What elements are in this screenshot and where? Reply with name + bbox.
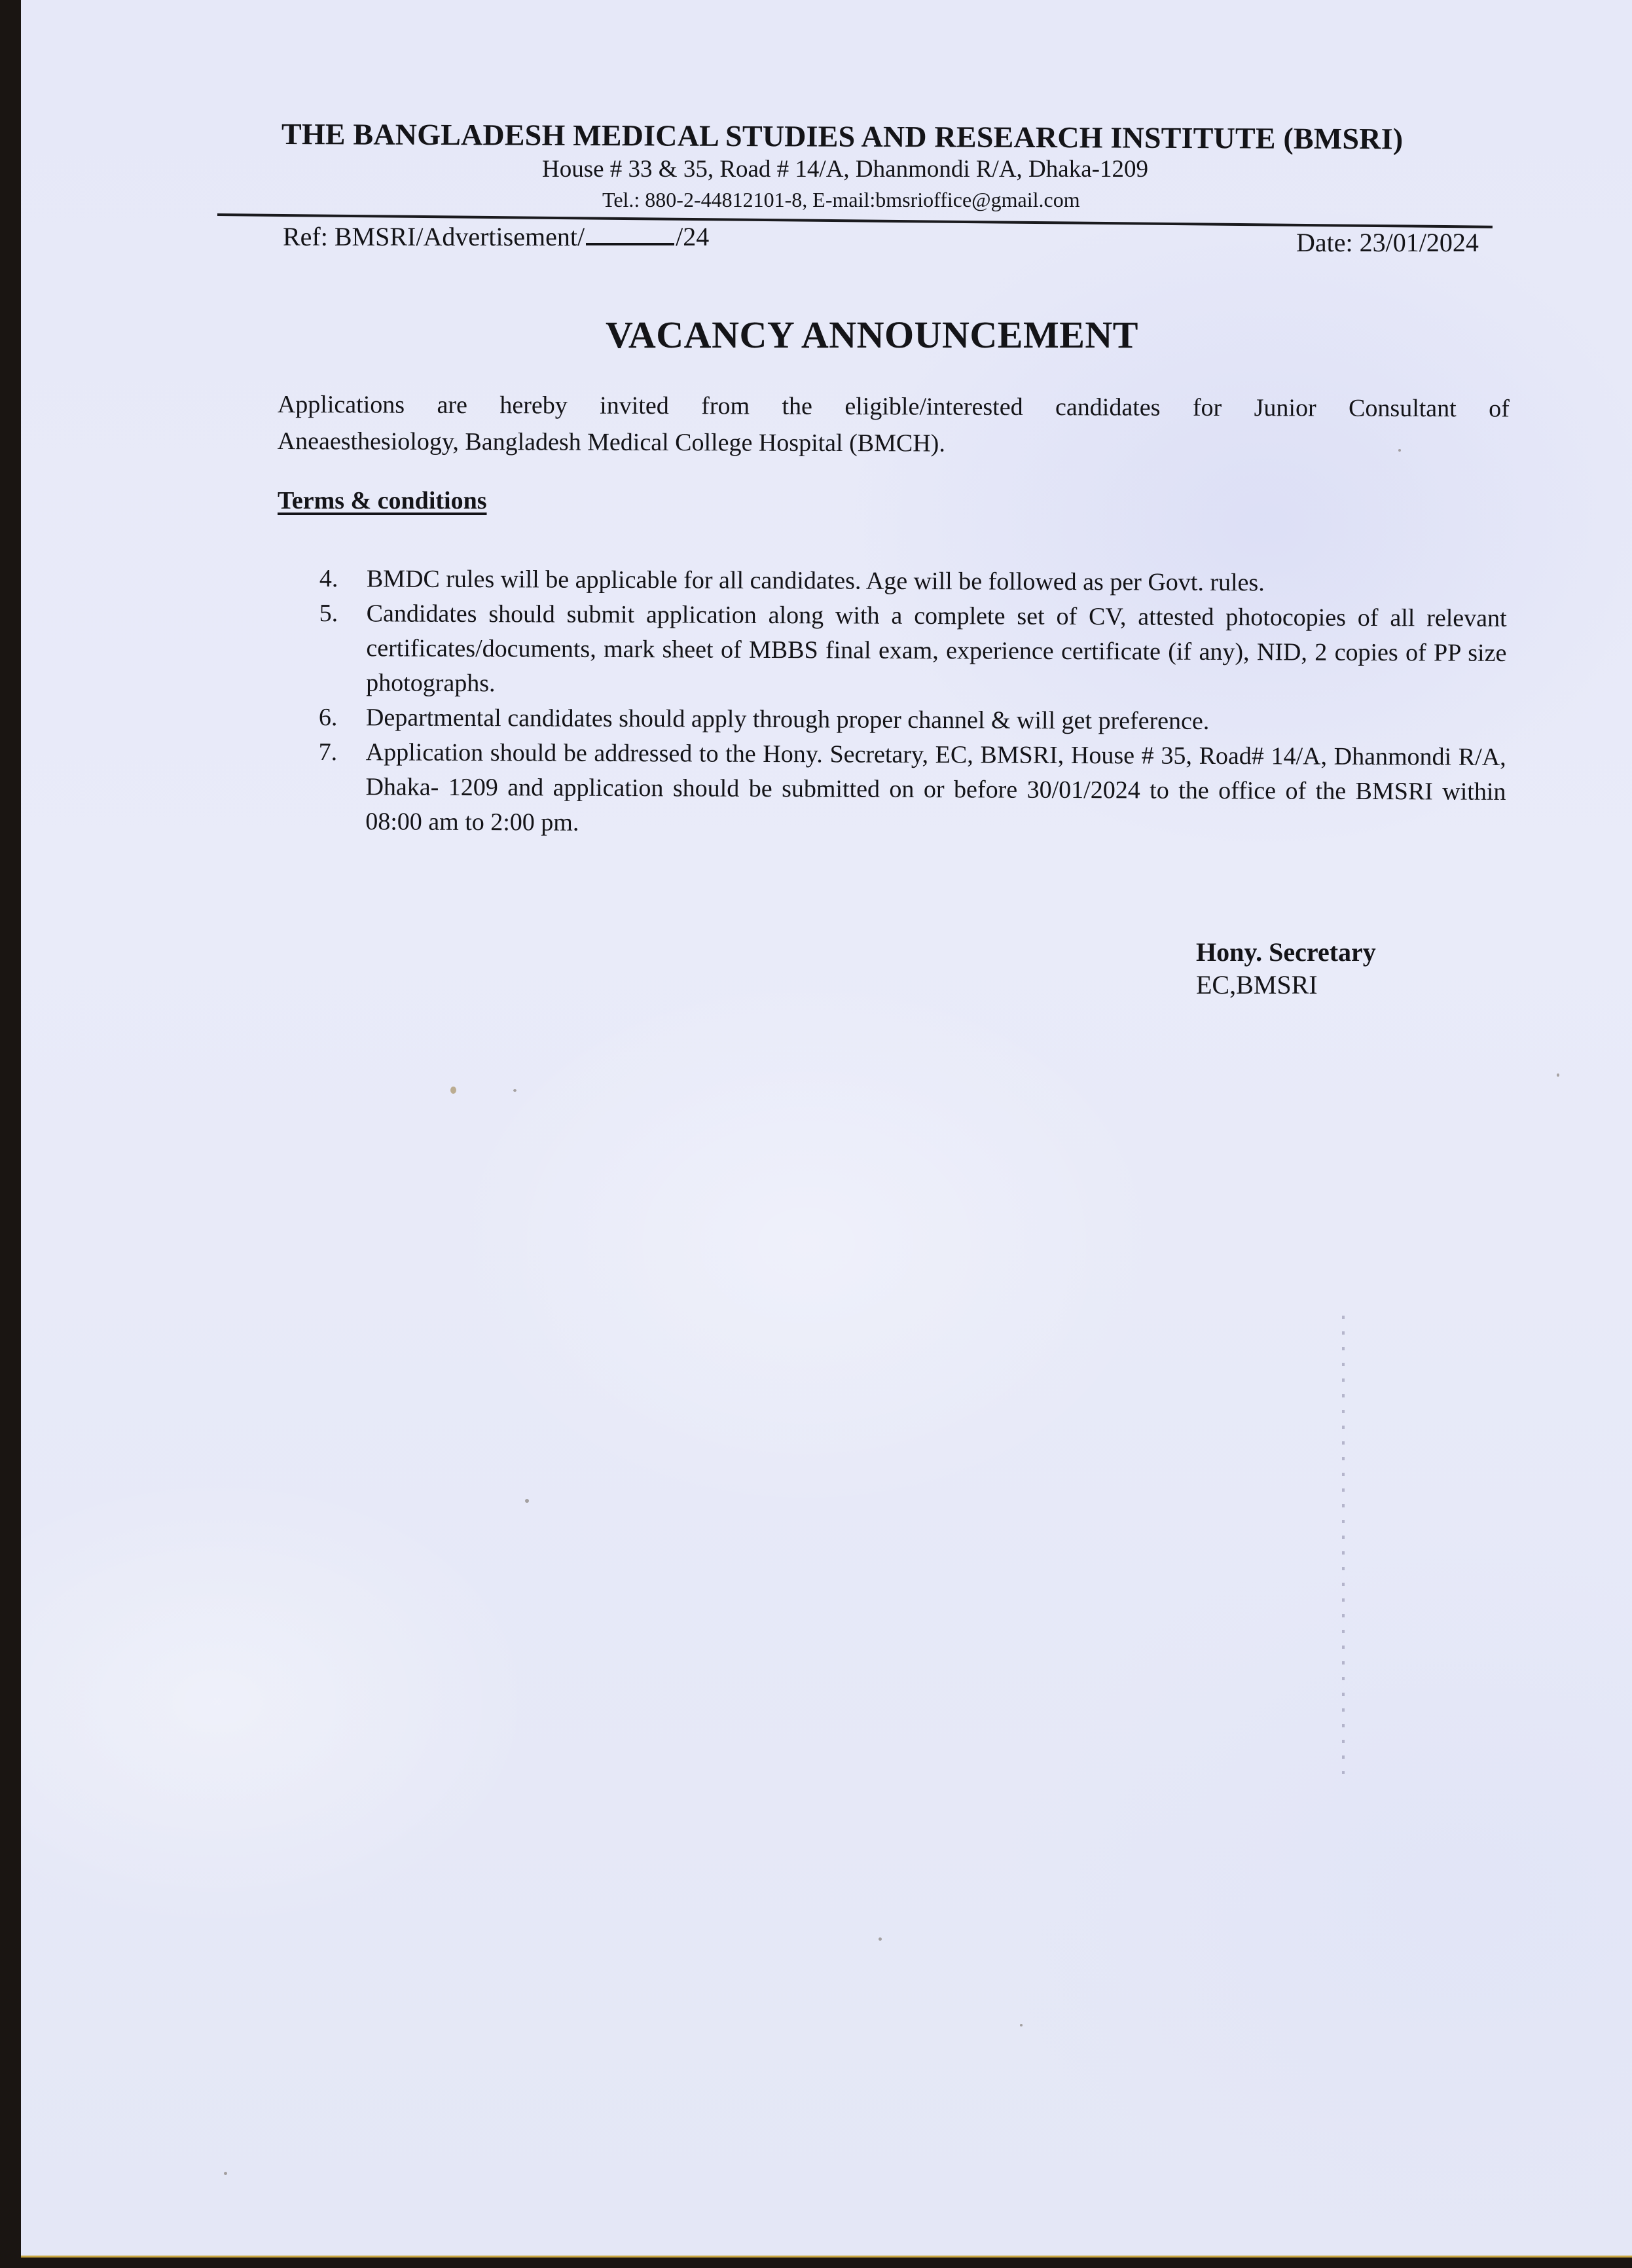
signatory-title: Hony. Secretary [1196,936,1376,969]
paper-speck [1557,1073,1559,1077]
terms-item-number: 4. [319,562,338,596]
terms-item: 6. Departmental candidates should apply … [319,700,1506,740]
terms-item-text: Candidates should submit application alo… [366,596,1507,706]
terms-item-text: BMDC rules will be applicable for all ca… [367,565,1265,596]
organization-name: THE BANGLADESH MEDICAL STUDIES AND RESEA… [281,117,1404,156]
terms-heading: Terms & conditions [278,486,487,515]
terms-item: 7. Application should be addressed to th… [318,735,1506,844]
organization-contact: Tel.: 880-2-44812101-8, E-mail:bmsrioffi… [602,188,1080,212]
paper-speck [513,1089,517,1092]
paper-speck [224,2172,227,2175]
paper-speck [525,1499,529,1503]
terms-item: 5. Candidates should submit application … [319,596,1507,706]
reference-prefix: Ref: BMSRI/Advertisement/ [283,222,585,251]
document-title: VACANCY ANNOUNCEMENT [606,313,1138,357]
reference-suffix: /24 [676,222,709,251]
paper-speck [879,1937,882,1941]
paper-speck [1020,2024,1023,2026]
signature-block: Hony. Secretary EC,BMSRI [1196,936,1376,1001]
document-date: Date: 23/01/2024 [1296,227,1479,258]
signatory-organization: EC,BMSRI [1196,969,1376,1001]
terms-item: 4. BMDC rules will be applicable for all… [319,562,1507,602]
terms-item-number: 5. [319,596,338,631]
intro-line-1: Applications are hereby invited from the… [278,386,1510,427]
intro-line-2: Aneaesthesiology, Bangladesh Medical Col… [278,427,945,458]
reference-number: Ref: BMSRI/Advertisement//24 [283,221,709,252]
paper-speck [450,1087,456,1094]
intro-paragraph: Applications are hereby invited from the… [278,386,1510,464]
organization-address: House # 33 & 35, Road # 14/A, Dhanmondi … [542,155,1148,183]
terms-item-number: 7. [319,735,338,770]
terms-item-text: Application should be addressed to the H… [365,735,1506,844]
terms-item-text: Departmental candidates should apply thr… [366,704,1210,735]
terms-item-number: 6. [319,700,338,735]
terms-list: 4. BMDC rules will be applicable for all… [318,562,1507,844]
reference-blank [586,223,674,245]
scanned-page: THE BANGLADESH MEDICAL STUDIES AND RESEA… [21,0,1632,2258]
scan-artifact [1342,1316,1345,1774]
